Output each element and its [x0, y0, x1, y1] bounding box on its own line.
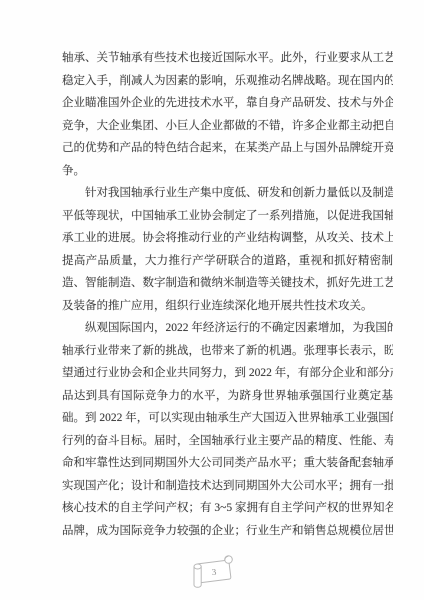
page-text-block: 轴承、关节轴承有些技术也接近国际水平。此外，行业要求从工艺 稳定入手，削减人为因… [62, 47, 393, 542]
text-line: 行列的奋斗目标。届时，全国轴承行业主要产品的精度、性能、寿 [62, 430, 393, 453]
page-footer: 3 [186, 552, 238, 594]
text-line: 轴承行业带来了新的挑战，也带来了新的机遇。张理事长表示，盼 [62, 340, 393, 363]
text-line: 己的优势和产品的特色结合起来，在某类产品上与国外品牌绽开竞 [62, 137, 393, 160]
text-line: 纵观国际国内，2022 年经济运行的不确定因素增加，为我国的 [62, 317, 393, 340]
text-line: 础。到 2022 年，可以实现由轴承生产大国迈入世界轴承工业强国的 [62, 407, 393, 430]
text-line: 争。 [62, 160, 393, 183]
text-line: 竞争，大企业集团、小巨人企业都做的不错，许多企业都主动把自 [62, 115, 393, 138]
text-line: 品达到具有国际竞争力的水平，为跻身世界轴承强国行业奠定基 [62, 385, 393, 408]
text-line: 提高产品质量，大力推行产学研联合的道路，重视和抓好精密制 [62, 250, 393, 273]
text-line: 针对我国轴承行业生产集中度低、研发和创新力量低以及制造水 [62, 182, 393, 205]
text-line: 望通过行业协会和企业共同努力，到 2022 年，有部分企业和部分产 [62, 362, 393, 385]
text-line: 平低等现状，中国轴承工业协会制定了一系列措施，以促进我国轴 [62, 205, 393, 228]
text-line: 核心技术的自主学问产权；有 3~5 家拥有自主学问产权的世界知名 [62, 497, 393, 520]
text-line: 企业瞄准国外企业的先进技术水平，靠自身产品研发、技术与外企 [62, 92, 393, 115]
text-line: 实现国产化；设计和制造技术达到同期国外大公司水平；拥有一批 [62, 475, 393, 498]
text-line: 稳定入手，削减人为因素的影响，乐观推动名牌战略。现在国内的 [62, 70, 393, 93]
document-page: 轴承、关节轴承有些技术也接近国际水平。此外，行业要求从工艺 稳定入手，削减人为因… [0, 0, 424, 600]
text-line: 轴承、关节轴承有些技术也接近国际水平。此外，行业要求从工艺 [62, 47, 393, 70]
text-line: 命和牢靠性达到同期国外大公司同类产品水平；重大装备配套轴承 [62, 452, 393, 475]
text-line: 造、智能制造、数字制造和微纳米制造等关键技术，抓好先进工艺 [62, 272, 393, 295]
text-line: 及装备的推广应用，组织行业连续深化地开展共性技术攻关。 [62, 295, 393, 318]
text-line: 承工业的进展。协会将推动行业的产业结构调整，从攻关、技术上 [62, 227, 393, 250]
page-number-scroll-icon: 3 [186, 552, 238, 594]
text-line: 品牌，成为国际竞争力较强的企业；行业生产和销售总规模位居世 [62, 520, 393, 543]
